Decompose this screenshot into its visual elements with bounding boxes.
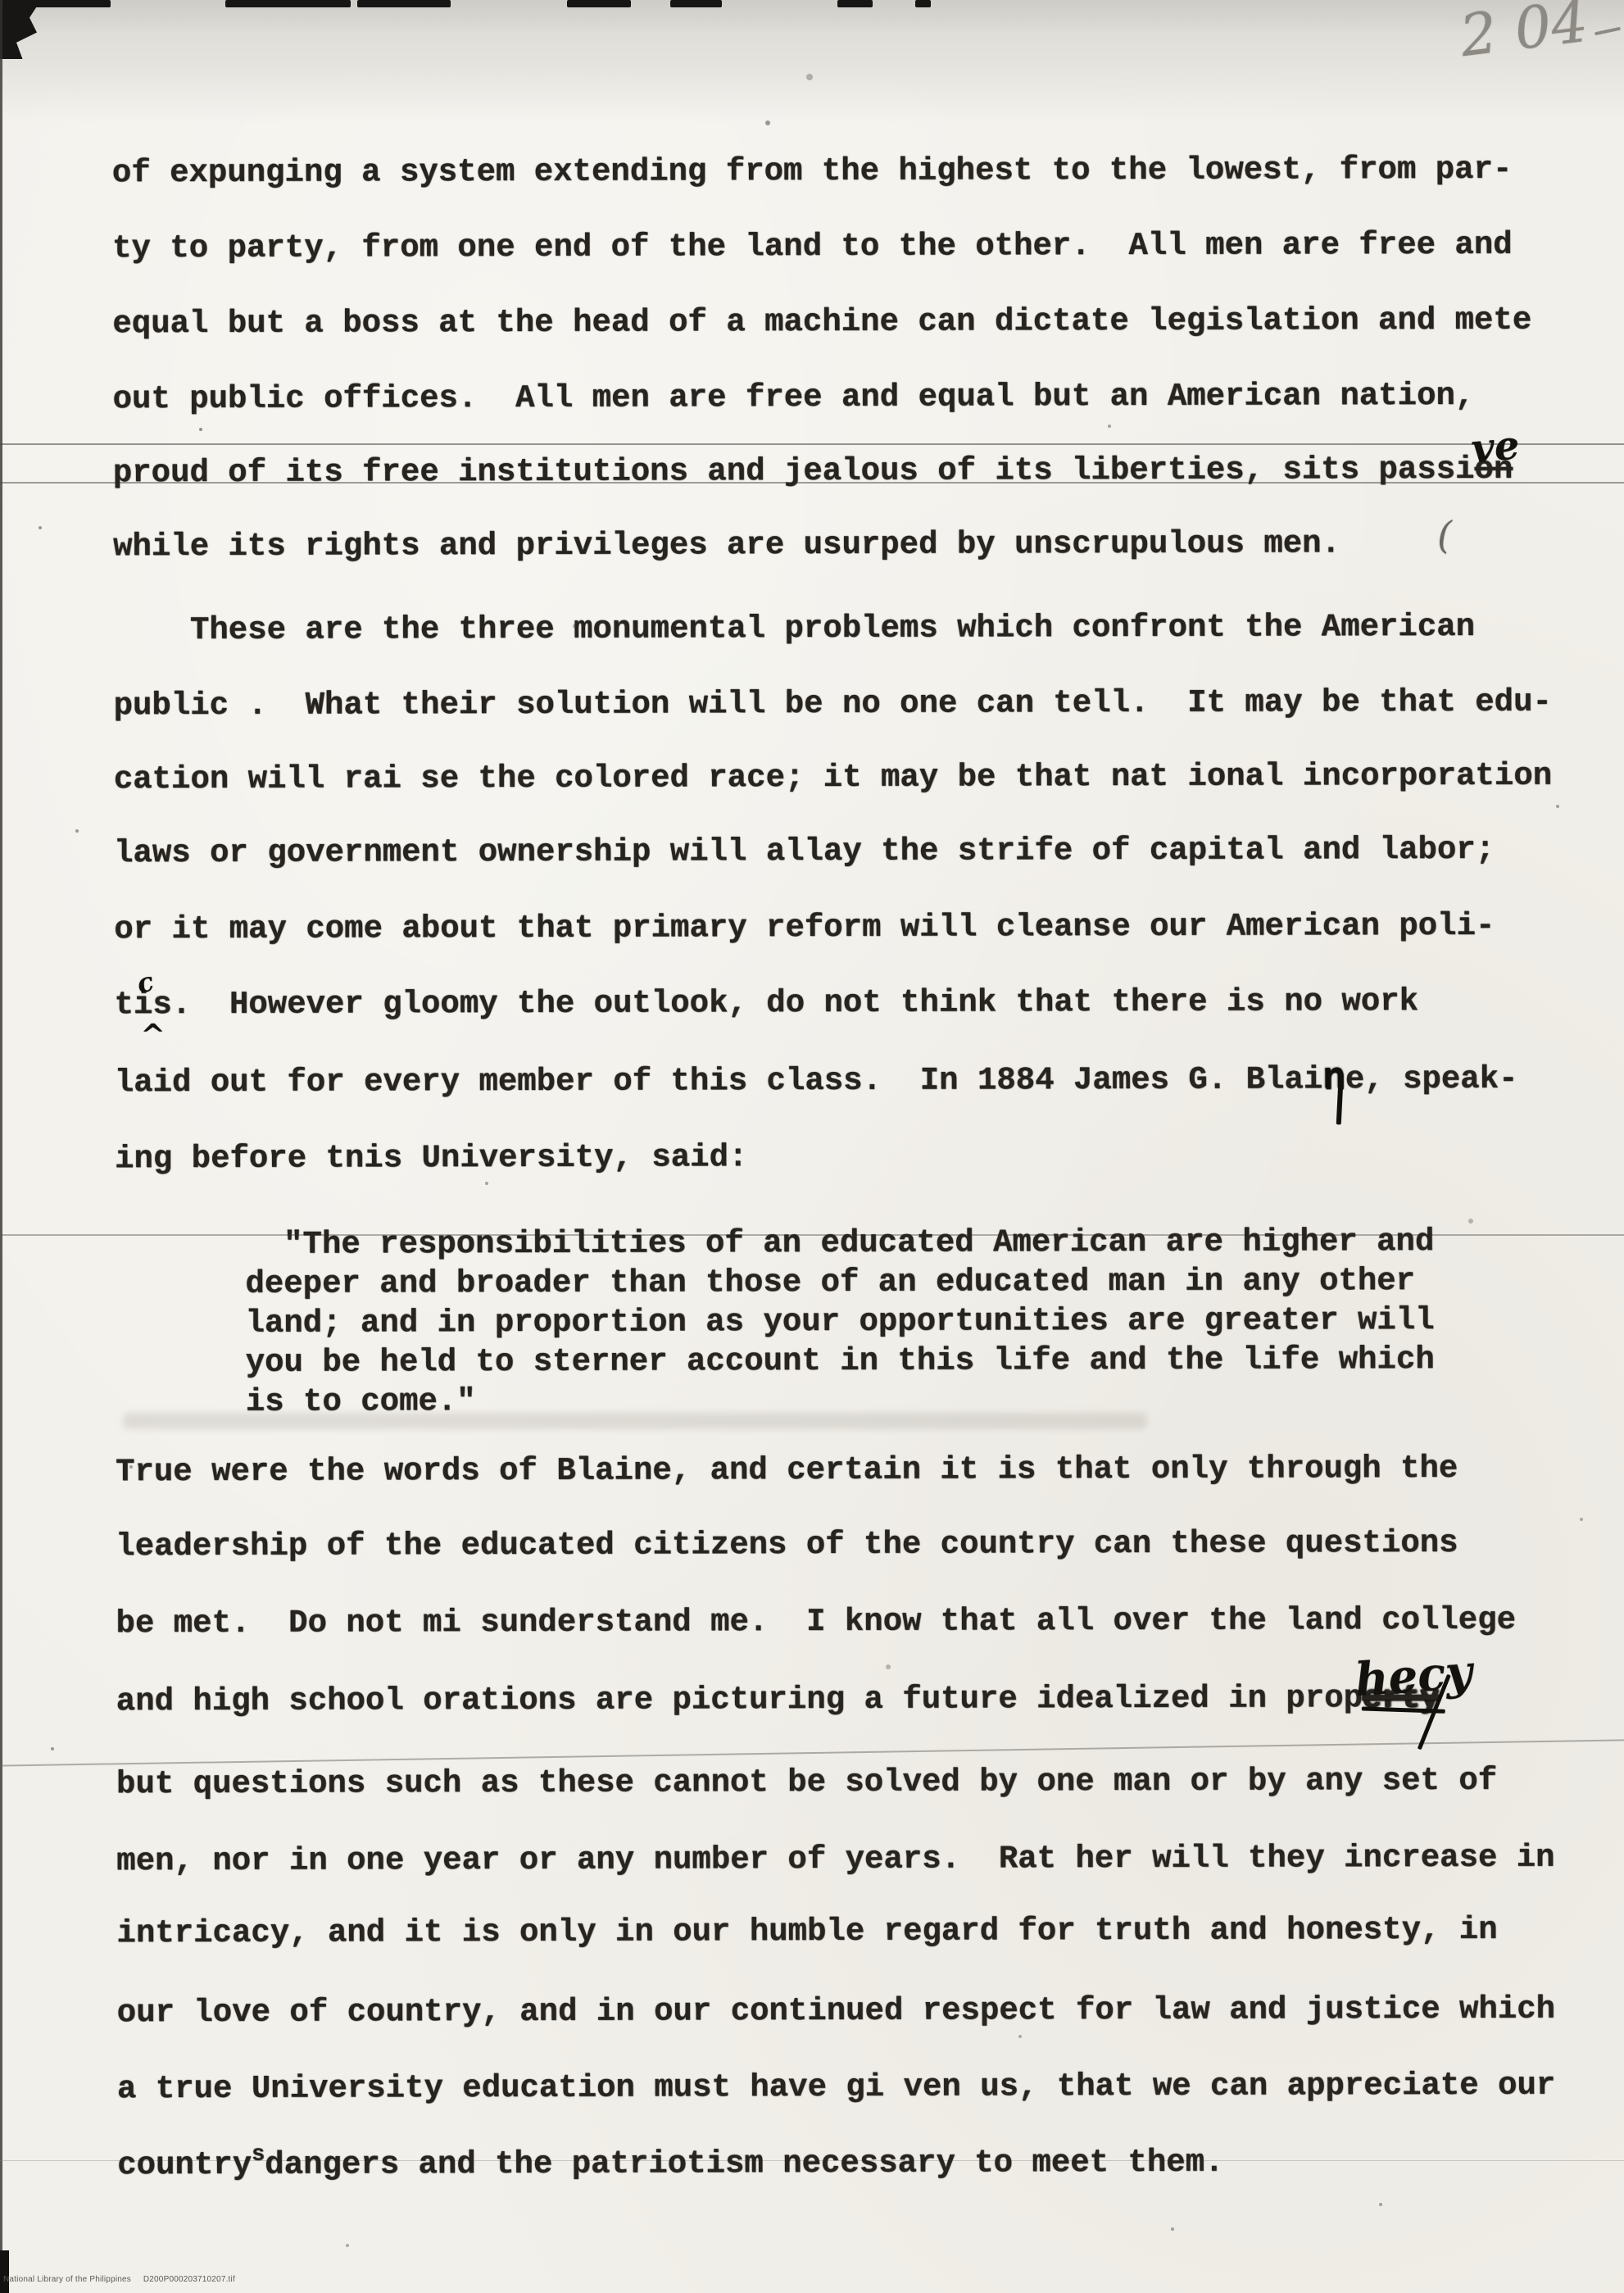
typed-text: and high school orations are picturing a…	[116, 1680, 1363, 1719]
ink-stroke-tail	[1336, 1087, 1343, 1124]
scanned-document-page: 2 04 of expunging a system extending fro…	[0, 0, 1624, 2293]
typed-line-13: laid out for every member of this class.…	[115, 1060, 1518, 1101]
typed-text: proud of its free institutions and jealo…	[113, 452, 1475, 491]
typed-line-2: ty to party, from one end of the land to…	[112, 227, 1513, 266]
typed-line-12: tis. However gloomy the outlook, do not …	[114, 983, 1418, 1023]
handwritten-paren-mark: (	[1437, 513, 1452, 557]
typed-text: e, speak-	[1345, 1061, 1518, 1098]
digitization-footer-text: National Library of the Philippines D200…	[3, 2275, 235, 2284]
quote-line-4: you be held to sterner account in this l…	[246, 1342, 1435, 1381]
typed-line-7: These are the three monumental problems …	[113, 609, 1475, 648]
typed-line-18: and high school orations are picturing a…	[116, 1680, 1440, 1719]
handwritten-correction-ve: ve	[1469, 422, 1521, 472]
quote-line-1: "The responsibilities of an educated Ame…	[245, 1224, 1434, 1263]
typed-line-15: True were the words of Blaine, and certa…	[116, 1451, 1458, 1490]
handwritten-correction-hecy: hecy	[1353, 1645, 1473, 1707]
typed-line-14: ing before tnis University, said:	[115, 1139, 747, 1177]
typed-text: laid out for every member of this class.…	[115, 1061, 1323, 1101]
typed-line-17: be met. Do not mi sunderstand me. I know…	[116, 1602, 1516, 1641]
quote-line-2: deeper and broader than those of an educ…	[245, 1263, 1415, 1302]
typed-line-3: equal but a boss at the head of a machin…	[112, 302, 1531, 343]
typed-line-5: proud of its free institutions and jealo…	[113, 452, 1513, 491]
typed-line-1: of expunging a system extending from the…	[112, 152, 1513, 191]
quote-line-3: land; and in proportion as your opportun…	[246, 1302, 1435, 1342]
typed-line-24: countrysdangers and the patriotism neces…	[117, 2145, 1223, 2187]
typed-text: country	[117, 2147, 252, 2183]
typed-line-4: out public offices. All men are free and…	[113, 378, 1475, 417]
typed-line-8: public . What their solution will be no …	[114, 684, 1552, 724]
typed-line-20: men, nor in one year or any number of ye…	[116, 1840, 1554, 1880]
typed-line-22: our love of country, and in our continue…	[117, 1991, 1555, 2032]
typed-line-19: but questions such as these cannot be so…	[116, 1763, 1497, 1802]
typed-text-layer: of expunging a system extending from the…	[0, 0, 1624, 2293]
quote-line-5: is to come."	[246, 1383, 476, 1420]
typed-line-16: leadership of the educated citizens of t…	[116, 1525, 1458, 1564]
typed-line-9: cation will rai se the colored race; it …	[114, 758, 1552, 798]
handwritten-caret: ^	[141, 1018, 166, 1052]
typed-line-6: while its rights and privileges are usur…	[113, 525, 1340, 565]
typed-text: dangers and the patriotism necessary to …	[265, 2145, 1223, 2183]
typed-line-21: intricacy, and it is only in our humble …	[116, 1912, 1497, 1951]
raised-s-character: s	[252, 2137, 265, 2173]
typed-line-23: a true University education must have gi…	[117, 2068, 1555, 2108]
typed-line-10: laws or government ownership will allay …	[114, 832, 1495, 871]
typed-line-11: or it may come about that primary reform…	[114, 908, 1495, 947]
